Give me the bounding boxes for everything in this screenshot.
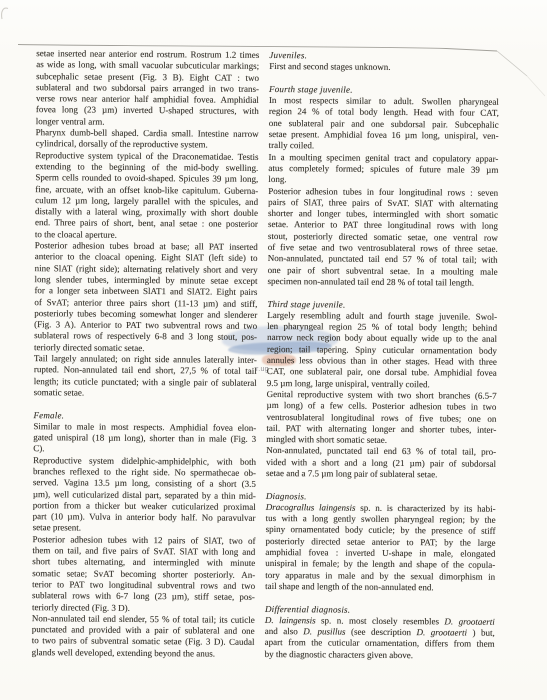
text-line: D.laingensissp.n.mostcloselyresemblesD.g…: [265, 615, 495, 628]
text-line: Non-annulated,punctatedtailend57%oftotal…: [268, 253, 498, 266]
text-line: portionfromathickerbutweakercuticularize…: [33, 500, 256, 513]
text-line: glands well developed, extending beyond …: [32, 647, 255, 660]
text-line: somatic setae.: [34, 387, 257, 400]
text-line: Dracogralluslaingensissp.n.ischaracteriz…: [266, 502, 496, 515]
text-line: atuscompletelyformed;spiculesoffuturemal…: [268, 163, 498, 176]
article-text: setaeinsertednearanteriorendrostrum.Rost…: [0, 0, 547, 700]
text-line: setae and a 7.5 µm long pair of sublater…: [266, 468, 496, 481]
left-column: setaeinsertednearanteriorendrostrum.Rost…: [32, 48, 260, 660]
text-line: tail shape and length of the non-annulat…: [265, 581, 495, 594]
text-line: amphidialfovea:invertedU-shapeinmale,elo…: [265, 547, 495, 560]
text-line: specimen non-annulated tail end 28 % of …: [267, 276, 497, 289]
section-heading: Fourth stage juvenile.: [269, 84, 499, 97]
text-line: gatedunispiral(18µmlong),shorterthaninma…: [33, 432, 256, 445]
text-line: Reproductivesystemdidelphic-amphidelphic…: [33, 455, 256, 468]
right-column: Juveniles.First and second stages unknow…: [265, 50, 500, 662]
text-line: First and second stages unknown.: [269, 61, 499, 74]
text-line: by the diagnostic characters given above…: [265, 649, 495, 662]
text-line: setae present.: [33, 523, 256, 536]
text-line: to the cloacal aperture.: [35, 229, 258, 242]
scanned-page: r.ug setaeinsertednearanteriorendrostrum…: [0, 0, 547, 700]
